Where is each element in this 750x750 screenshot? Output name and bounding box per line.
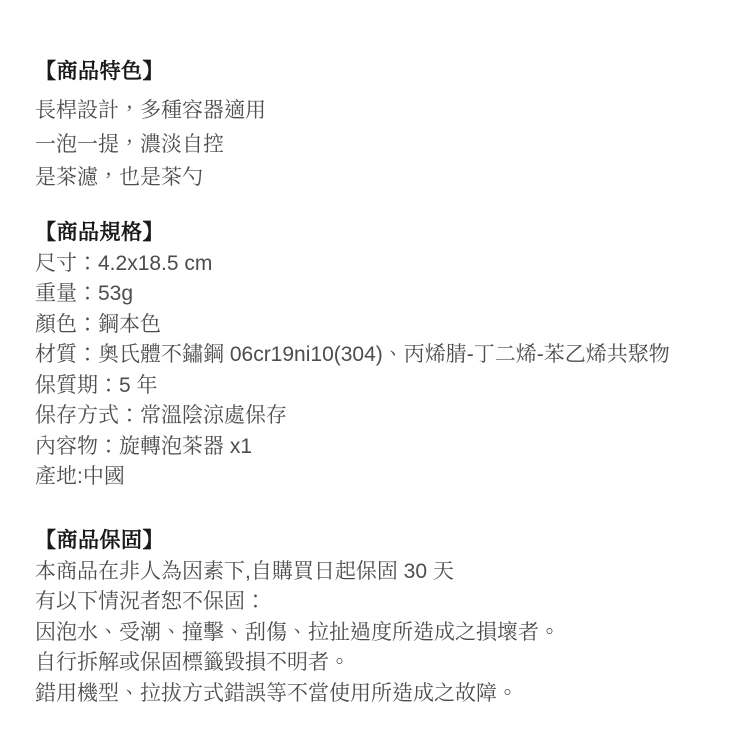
- spec-line-weight: 重量：53g: [35, 279, 722, 310]
- specs-section-title: 【商品規格】: [35, 216, 722, 249]
- spec-line-color: 顏色：鋼本色: [35, 310, 722, 341]
- section-specs: 【商品規格】 尺寸：4.2x18.5 cm 重量：53g 顏色：鋼本色 材質：奧…: [35, 216, 722, 493]
- product-description-page: 【商品特色】 長桿設計，多種容器適用 一泡一提，濃淡自控 是茶濾，也是茶勺 【商…: [0, 0, 750, 750]
- feature-line: 一泡一提，濃淡自控: [35, 128, 722, 162]
- features-section-title: 【商品特色】: [35, 55, 722, 88]
- feature-line: 是茶濾，也是茶勺: [35, 161, 722, 195]
- warranty-line-exclusion-misuse: 錯用機型、拉拔方式錯誤等不當使用所造成之故障。: [35, 679, 722, 710]
- spec-line-storage: 保存方式：常溫陰涼處保存: [35, 401, 722, 432]
- product-description-content: 【商品特色】 長桿設計，多種容器適用 一泡一提，濃淡自控 是茶濾，也是茶勺 【商…: [0, 0, 750, 709]
- section-warranty: 【商品保固】 本商品在非人為因素下,自購買日起保固 30 天 有以下情況者恕不保…: [35, 524, 722, 710]
- warranty-line-exclusion-damage: 因泡水、受潮、撞擊、刮傷、拉扯過度所造成之損壞者。: [35, 618, 722, 649]
- spec-line-material: 材質：奧氏體不鏽鋼 06cr19ni10(304)、丙烯腈-丁二烯-苯乙烯共聚物: [35, 340, 722, 371]
- spec-line-shelf-life: 保質期：5 年: [35, 371, 722, 402]
- warranty-line-exclusion-tamper: 自行拆解或保固標籤毀損不明者。: [35, 648, 722, 679]
- feature-line: 長桿設計，多種容器適用: [35, 94, 722, 128]
- spec-line-origin: 產地:中國: [35, 462, 722, 493]
- warranty-line-period: 本商品在非人為因素下,自購買日起保固 30 天: [35, 557, 722, 588]
- spec-line-dimensions: 尺寸：4.2x18.5 cm: [35, 249, 722, 280]
- warranty-section-title: 【商品保固】: [35, 524, 722, 557]
- spec-line-contents: 內容物：旋轉泡茶器 x1: [35, 432, 722, 463]
- section-features: 【商品特色】 長桿設計，多種容器適用 一泡一提，濃淡自控 是茶濾，也是茶勺: [35, 55, 722, 195]
- warranty-line-exclusions-intro: 有以下情況者恕不保固：: [35, 587, 722, 618]
